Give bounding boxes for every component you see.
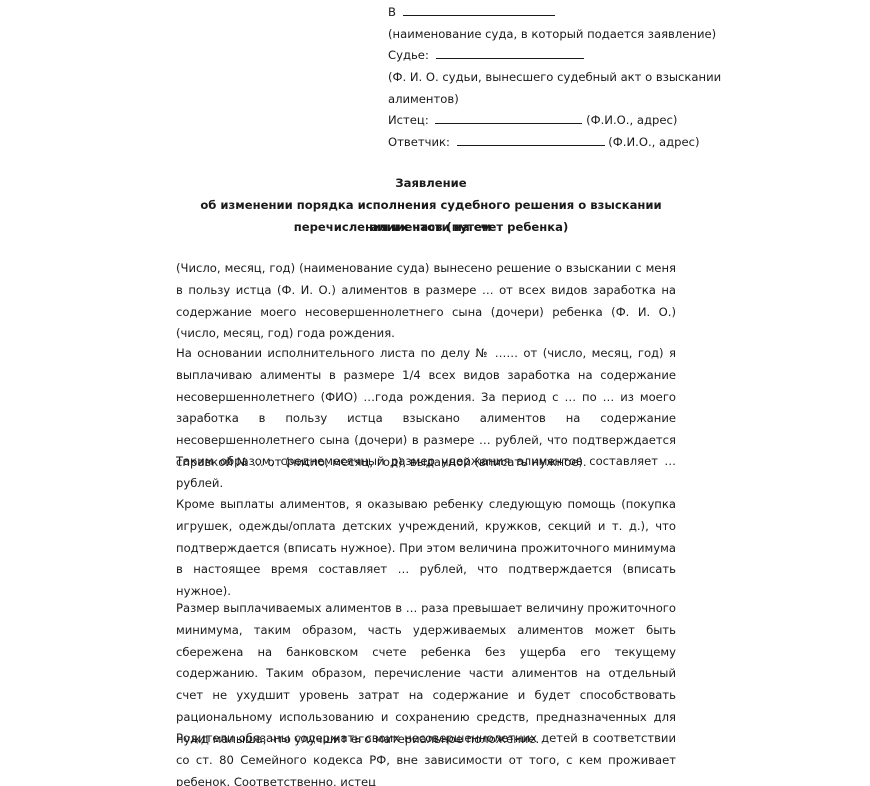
- paragraph-additional-help: Кроме выплаты алиментов, я оказываю ребе…: [176, 494, 676, 603]
- defendant-label: Ответчик:: [388, 135, 450, 149]
- paragraph-decision: (Число, месяц, год) (наименование суда) …: [176, 258, 676, 345]
- addressee-block: В (наименование суда, в который подается…: [388, 2, 688, 154]
- court-blank-field[interactable]: [403, 3, 555, 16]
- defendant-hint: (Ф.И.О., адрес): [608, 135, 699, 149]
- document-title: Заявление об изменении порядка исполнени…: [176, 172, 686, 238]
- document-page: В (наименование суда, в который подается…: [0, 0, 870, 786]
- judge-line: Судье:: [388, 45, 688, 67]
- judge-hint-line2: алиментов): [388, 89, 688, 111]
- plaintiff-blank-field[interactable]: [435, 111, 582, 124]
- paragraph-obligation: Родители обязаны содержать своих несовер…: [176, 728, 676, 786]
- court-prefix: В: [388, 5, 396, 19]
- plaintiff-line: Истец: (Ф.И.О., адрес): [388, 110, 688, 132]
- court-line: В: [388, 2, 688, 24]
- judge-blank-field[interactable]: [436, 46, 584, 59]
- title-line-2: об изменении порядка исполнения судебног…: [176, 194, 686, 216]
- paragraph-average: Таким образом, среднемесячный размер уде…: [176, 451, 676, 495]
- defendant-blank-field[interactable]: [457, 133, 605, 146]
- title-line-1: Заявление: [176, 172, 686, 194]
- court-hint: (наименование суда, в который подается з…: [388, 24, 688, 46]
- plaintiff-hint: (Ф.И.О., адрес): [586, 113, 677, 127]
- judge-hint-line1: (Ф. И. О. судьи, вынесшего судебный акт …: [388, 67, 688, 89]
- title-line-3: перечисления их части на счет ребенка): [176, 216, 686, 238]
- plaintiff-label: Истец:: [388, 113, 429, 127]
- defendant-line: Ответчик: (Ф.И.О., адрес): [388, 132, 688, 154]
- judge-label: Судье:: [388, 48, 429, 62]
